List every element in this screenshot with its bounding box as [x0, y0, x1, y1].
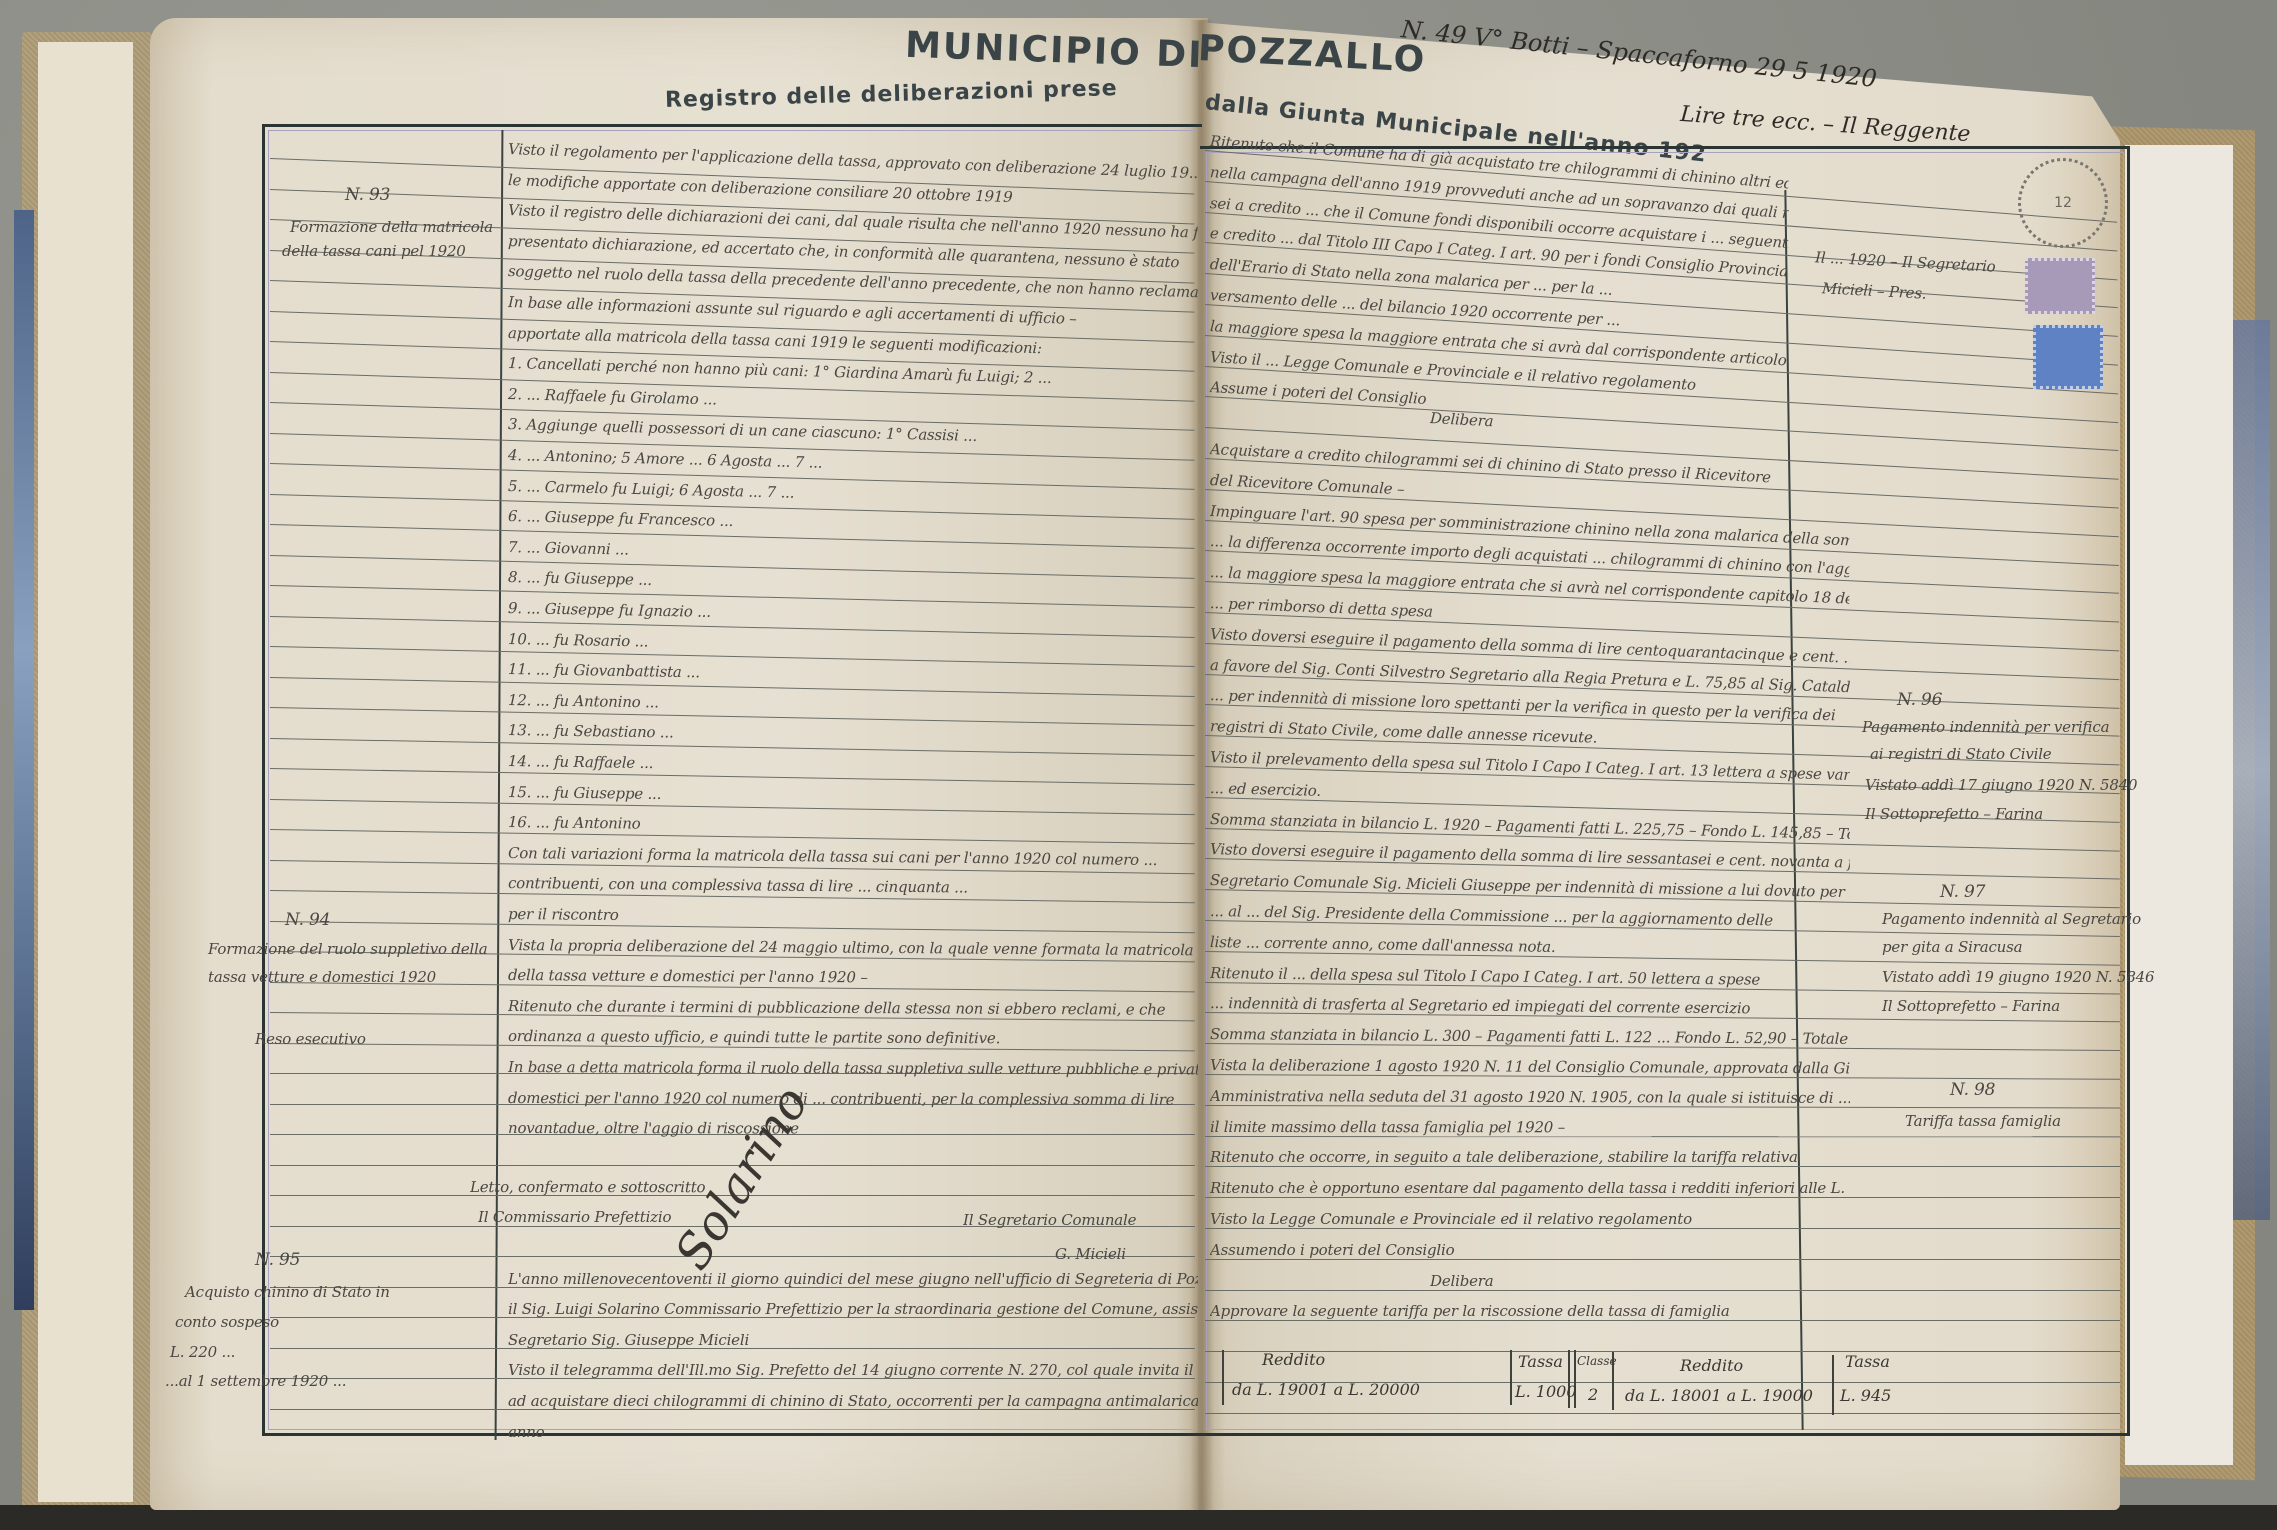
ruled-line: [1205, 1228, 2120, 1229]
ruled-line: [1205, 1166, 2120, 1167]
margin-entry-text: Vistato addì 19 giugno 1920 N. 5846: [1882, 968, 2154, 986]
body-line: 12. ... fu Antonino ...: [508, 691, 659, 711]
margin-entry-text: Acquisto chinino di Stato in: [185, 1283, 390, 1301]
body-line: 16. ... fu Antonino: [508, 813, 641, 833]
margin-entry-text: Il Sottoprefetto – Farina: [1882, 997, 2060, 1015]
margin-entry-text: Formazione della matricola: [290, 218, 493, 236]
margin-entry-number: N. 93: [345, 185, 390, 205]
body-line: ad acquistare dieci chilogrammi di chini…: [508, 1392, 1198, 1410]
body-line: 8. ... fu Giuseppe ...: [508, 568, 652, 589]
body-line: 15. ... fu Giuseppe ...: [508, 783, 661, 803]
body-line: il Sig. Luigi Solarino Commissario Prefe…: [508, 1300, 1198, 1318]
margin-entry-number: N. 94: [285, 910, 330, 930]
margin-entry-text: conto sospeso: [175, 1313, 279, 1331]
body-line: Assumendo i poteri del Consiglio: [1210, 1241, 1454, 1259]
body-line: 10. ... fu Rosario ...: [508, 630, 649, 651]
table-header: Tassa: [1845, 1352, 1890, 1371]
table-header: Tassa: [1518, 1352, 1563, 1371]
body-line: Ritenuto che è opportuno esentare dal pa…: [1210, 1179, 1850, 1197]
ruled-line: [1205, 1351, 2120, 1352]
margin-entry-text: L. 220 ...: [170, 1343, 235, 1361]
ruled-line: [1205, 1413, 2120, 1414]
body-line: 13. ... fu Sebastiano ...: [508, 721, 674, 741]
ruled-line: [1205, 1320, 2120, 1321]
body-line: Delibera: [1430, 1272, 1494, 1290]
revenue-stamp-blue: [2033, 325, 2103, 389]
margin-entry-text: Pagamento indennità per verifica: [1862, 718, 2109, 736]
ruled-line: [1205, 1290, 2120, 1291]
body-line: L'anno millenovecentoventi il giorno qui…: [508, 1270, 1198, 1288]
body-line: Vista la deliberazione 1 agosto 1920 N. …: [1210, 1056, 1850, 1077]
margin-entry-number: N. 97: [1940, 882, 1985, 902]
table-cell: da L. 18001 a L. 19000: [1625, 1386, 1813, 1405]
margin-entry-text: Tariffa tassa famiglia: [1905, 1112, 2061, 1130]
body-line: Visto il telegramma dell'Ill.mo Sig. Pre…: [508, 1361, 1198, 1379]
ruled-line: [1205, 1259, 2120, 1260]
body-line: Amministrativa nella seduta del 31 agost…: [1210, 1087, 1850, 1107]
margin-entry-text: per gita a Siracusa: [1882, 938, 2022, 956]
body-line: il limite massimo della tassa famiglia p…: [1210, 1118, 1565, 1136]
margin-entry-text: ...al 1 settembre 1920 ...: [165, 1372, 346, 1390]
margin-entry-text: Formazione del ruolo suppletivo della: [208, 940, 487, 958]
margin-entry-number: N. 98: [1950, 1080, 1995, 1100]
flyleaf-left: [38, 42, 133, 1502]
body-line: Ritenuto che durante i termini di pubbli…: [508, 997, 1165, 1019]
table-divider: [1222, 1350, 1224, 1405]
margin-entry-note: Reso esecutivo: [255, 1030, 366, 1048]
body-line: Letto, confermato e sottoscritto: [470, 1178, 705, 1196]
table-cell: L. 945: [1840, 1386, 1891, 1405]
margin-entry-text: della tassa cani pel 1920: [282, 242, 466, 260]
table-header: Reddito: [1262, 1350, 1325, 1369]
margin-entry-text: ai registri di Stato Civile: [1870, 745, 2051, 763]
margin-entry-text: Il Sottoprefetto – Farina: [1865, 805, 2043, 823]
table-header: Classe: [1577, 1354, 1617, 1368]
margin-entry-text: Pagamento indennità al Segretario: [1882, 910, 2141, 928]
marbled-endpaper-right: [2230, 320, 2270, 1220]
table-divider: [1832, 1355, 1834, 1415]
body-line: 11. ... fu Giovanbattista ...: [508, 660, 700, 681]
secretary-initials: G. Micieli: [1055, 1245, 1126, 1263]
body-line: Approvare la seguente tariffa per la ris…: [1210, 1302, 1730, 1320]
table-cell: da L. 19001 a L. 20000: [1232, 1380, 1420, 1399]
marbled-endpaper-left: [14, 210, 34, 1310]
ruled-line: [1205, 1197, 2120, 1198]
body-line: Segretario Sig. Giuseppe Micieli: [508, 1331, 749, 1349]
body-line: per il riscontro: [508, 905, 619, 924]
body-line: In base a detta matricola forma il ruolo…: [508, 1058, 1198, 1078]
body-line: della tassa vetture e domestici per l'an…: [508, 966, 868, 986]
table-cell: L. 1000: [1515, 1382, 1577, 1401]
body-line: anno: [508, 1423, 545, 1441]
margin-entry-number: N. 95: [255, 1250, 300, 1270]
margin-entry-number: N. 96: [1897, 690, 1942, 710]
revenue-stamp-purple: [2025, 258, 2095, 314]
body-line: Ritenuto che occorre, in seguito a tale …: [1210, 1148, 1798, 1166]
body-line: domestici per l'anno 1920 col numero di …: [508, 1089, 1174, 1109]
postmark-stamp: 12: [2018, 158, 2108, 248]
table-header: Reddito: [1680, 1356, 1743, 1375]
postmark-text: 12: [2054, 195, 2072, 211]
margin-entry-text: tassa vetture e domestici 1920: [208, 968, 436, 986]
body-line: 14. ... fu Raffaele ...: [508, 752, 654, 772]
body-line: 7. ... Giovanni ...: [508, 538, 629, 559]
body-line: Visto la Legge Comunale e Provinciale ed…: [1210, 1210, 1692, 1228]
body-line: Il Segretario Comunale: [963, 1211, 1136, 1229]
body-line: Delibera: [1430, 409, 1494, 430]
body-line: Il Commissario Prefettizio: [478, 1208, 671, 1226]
body-line: ... ed esercizio.: [1210, 779, 1321, 800]
flyleaf-right: [2125, 145, 2233, 1465]
body-line: ordinanza a questo ufficio, e quindi tut…: [508, 1027, 1000, 1047]
margin-entry-text: Vistato addì 17 giugno 1920 N. 5840: [1865, 776, 2137, 794]
table-divider: [1510, 1350, 1512, 1405]
table-cell: 2: [1588, 1385, 1598, 1404]
